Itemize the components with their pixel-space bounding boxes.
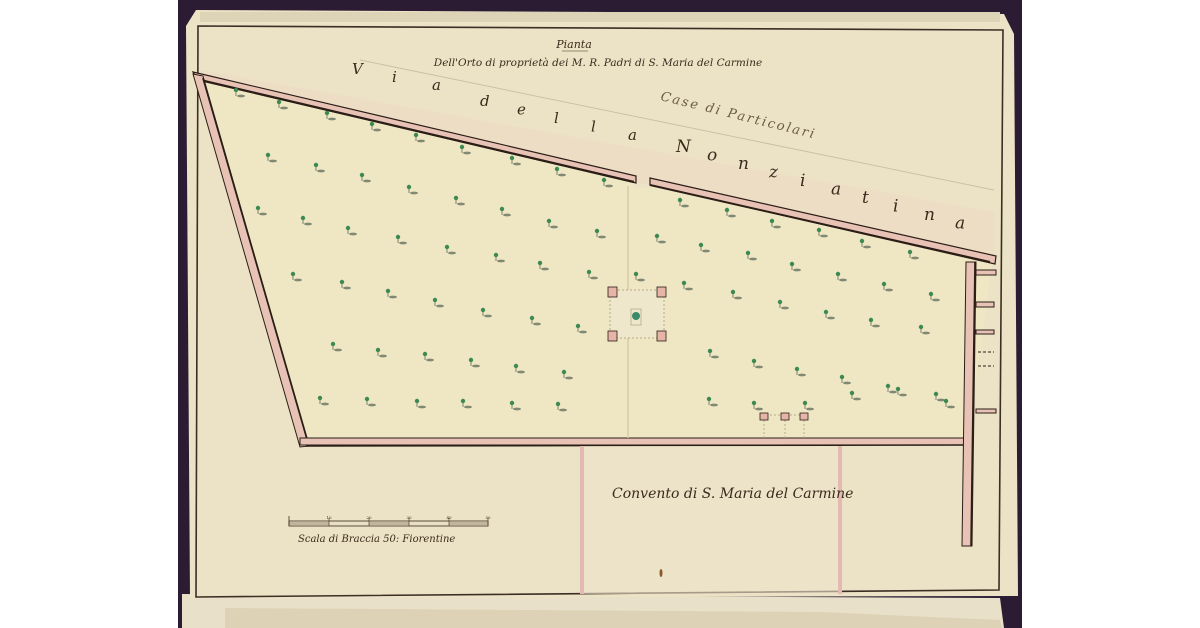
ink-spot: [660, 569, 663, 577]
street-letter: t: [862, 188, 869, 208]
convent-block: [580, 446, 842, 594]
street-letter: a: [628, 126, 637, 144]
street-letter: e: [517, 101, 526, 119]
scale-caption: Scala di Braccia 50: Fiorentine: [298, 534, 455, 545]
street-letter: d: [480, 92, 490, 110]
pavilion-pier-sw: [608, 331, 617, 341]
convent-label: Convento di S. Maria del Carmine: [612, 486, 853, 502]
pergola-pillar: [781, 413, 789, 420]
street-letter: i: [392, 68, 397, 86]
street-letter: o: [707, 146, 717, 166]
street-letter: a: [955, 214, 965, 234]
fountain-icon: [632, 312, 640, 320]
top-fold-shadow: [200, 12, 1000, 22]
scale-tick-label: 10: [326, 515, 332, 520]
scale-tick-label: 30: [406, 515, 412, 520]
south-wall: [300, 438, 970, 445]
street-letter: i: [800, 171, 805, 191]
central-pavilion: [608, 287, 666, 341]
scale-tick-label: 20: [366, 515, 372, 520]
pergola-pillar: [760, 413, 768, 420]
street-letter: l: [591, 118, 596, 136]
street-letter: a: [432, 76, 441, 94]
map-title: Pianta: [555, 38, 592, 51]
scale-tick-label: 40: [446, 515, 452, 520]
street-letter: l: [554, 109, 559, 127]
pergola-pillar: [800, 413, 808, 420]
pavilion-pier-ne: [657, 287, 666, 297]
pavilion-pier-se: [657, 331, 666, 341]
map-subtitle: Dell'Orto di proprietà dei M. R. Padri d…: [433, 57, 762, 69]
scale-tick-label: 50: [485, 515, 491, 520]
street-letter: z: [768, 163, 779, 183]
south-wall-ink: [306, 445, 968, 446]
street-letter: a: [831, 180, 841, 200]
street-letter: n: [738, 154, 749, 174]
street-letter: N: [675, 137, 692, 157]
pavilion-pier-nw: [608, 287, 617, 297]
street-letter: n: [924, 205, 935, 225]
street-letter: i: [893, 197, 898, 217]
historical-garden-plan: Pianta Dell'Orto di proprietà dei M. R. …: [0, 0, 1200, 628]
